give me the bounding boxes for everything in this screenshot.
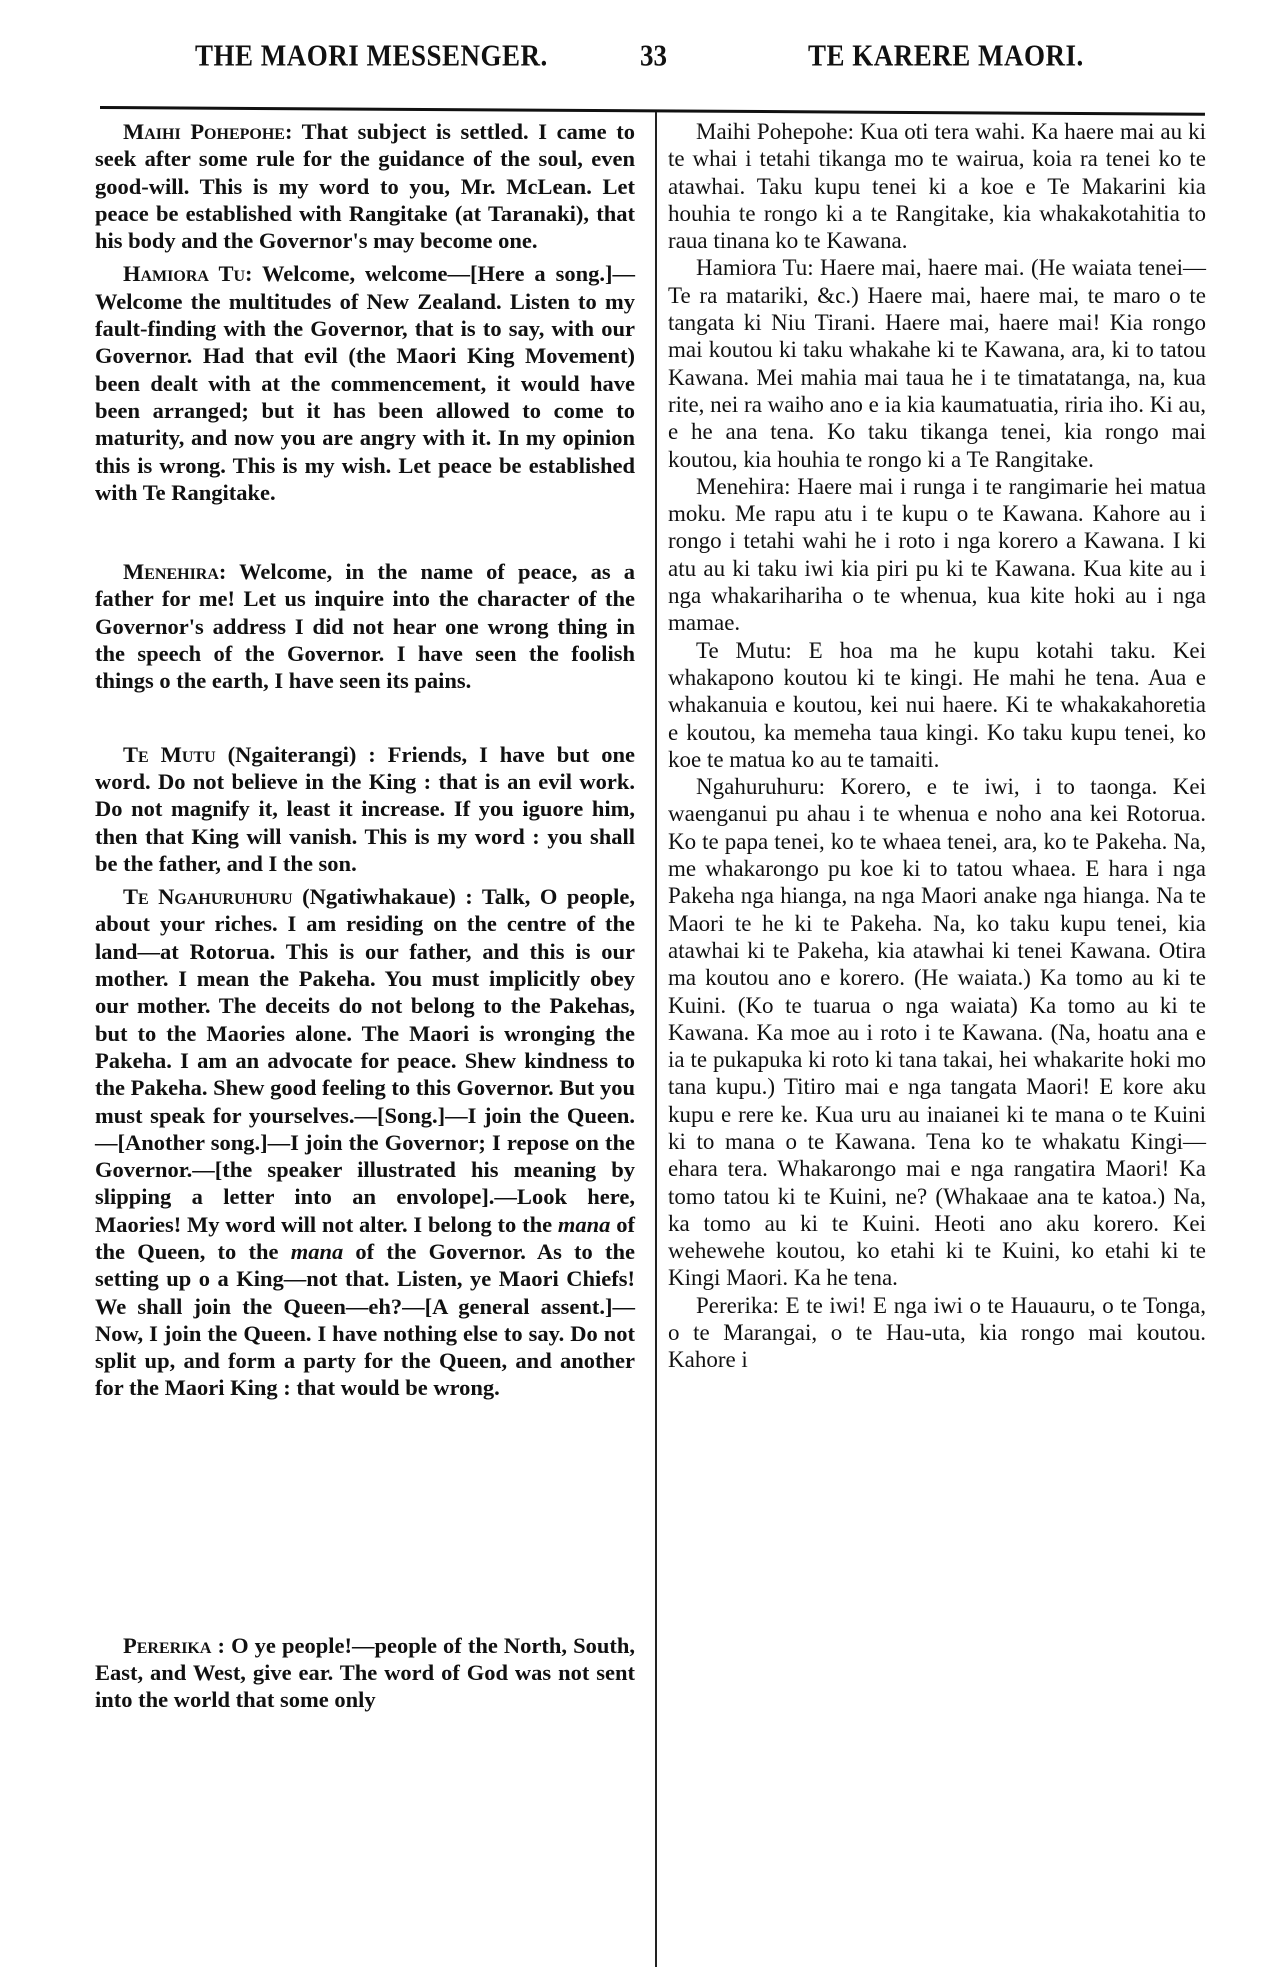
speech-pererika-en: Pererika : O ye people!—people of the No…: [95, 1632, 635, 1714]
speech-te-mutu-en: Te Mutu (Ngaiterangi) : Friends, I have …: [95, 741, 635, 877]
speaker-name: Menehira: [123, 559, 219, 584]
speaker-name: Pererika: [696, 1293, 773, 1318]
speaker-name: Hamiora Tu: [696, 255, 807, 280]
speaker-name: Maihi Pohepohe: [696, 119, 848, 144]
masthead: THE MAORI MESSENGER. 33 TE KARERE MAORI.: [0, 30, 1280, 90]
speaker-name: Te Mutu: [696, 638, 785, 663]
speech-ngahuruhuru-mi: Ngahuruhuru: Korero, e te iwi, i to taon…: [668, 773, 1206, 1292]
speech-hamiora-tu-mi: Hamiora Tu: Haere mai, haere mai. (He wa…: [668, 254, 1206, 472]
maori-column: Maihi Pohepohe: Kua oti tera wahi. Ka ha…: [668, 118, 1206, 1374]
masthead-english-title: THE MAORI MESSENGER.: [195, 38, 548, 74]
speaker-name: Menehira: [696, 474, 784, 499]
speaker-name: Hamiora Tu: [123, 261, 245, 286]
english-column: Maihi Pohepohe: That subject is settled.…: [95, 118, 635, 1714]
page-number: 33: [640, 38, 667, 74]
speaker-name: Pererika: [123, 1633, 211, 1658]
speech-te-mutu-mi: Te Mutu: E hoa ma he kupu kotahi taku. K…: [668, 637, 1206, 773]
italic-mana: mana: [291, 1239, 344, 1264]
speech-text: : Haere mai, haere mai. (He waiata tenei…: [668, 255, 1206, 471]
speaker-name: Maihi Pohepohe: [123, 119, 285, 144]
italic-mana: mana: [558, 1212, 611, 1237]
speech-text: : Korero, e te iwi, i to taonga. Kei wae…: [668, 774, 1206, 1290]
speaker-name: Ngahuruhuru: [696, 774, 819, 799]
speech-hamiora-tu-en: Hamiora Tu: Welcome, welcome—[Here a son…: [95, 260, 635, 506]
speech-pererika-mi: Pererika: E te iwi! E nga iwi o te Hauau…: [668, 1292, 1206, 1374]
speech-te-ngahuruhuru-en: Te Ngahuruhuru (Ngatiwhakaue) : Talk, O …: [95, 883, 635, 1402]
header-rule: [100, 106, 1205, 116]
speech-text: (Ngatiwhakaue) : Talk, O people, about y…: [95, 884, 635, 1237]
speech-maihi-pohepohe-mi: Maihi Pohepohe: Kua oti tera wahi. Ka ha…: [668, 118, 1206, 254]
speaker-name: Te Mutu: [123, 742, 216, 767]
column-divider: [655, 112, 657, 1967]
speech-menehira-en: Menehira: Welcome, in the name of peace,…: [95, 558, 635, 694]
speech-maihi-pohepohe-en: Maihi Pohepohe: That subject is settled.…: [95, 118, 635, 254]
speech-text: : Welcome, welcome—[Here a song.]—Welcom…: [95, 261, 635, 504]
speech-menehira-mi: Menehira: Haere mai i runga i te rangima…: [668, 473, 1206, 637]
speaker-name: Te Ngahuruhuru: [123, 884, 293, 909]
masthead-maori-title: TE KARERE MAORI.: [808, 38, 1084, 74]
